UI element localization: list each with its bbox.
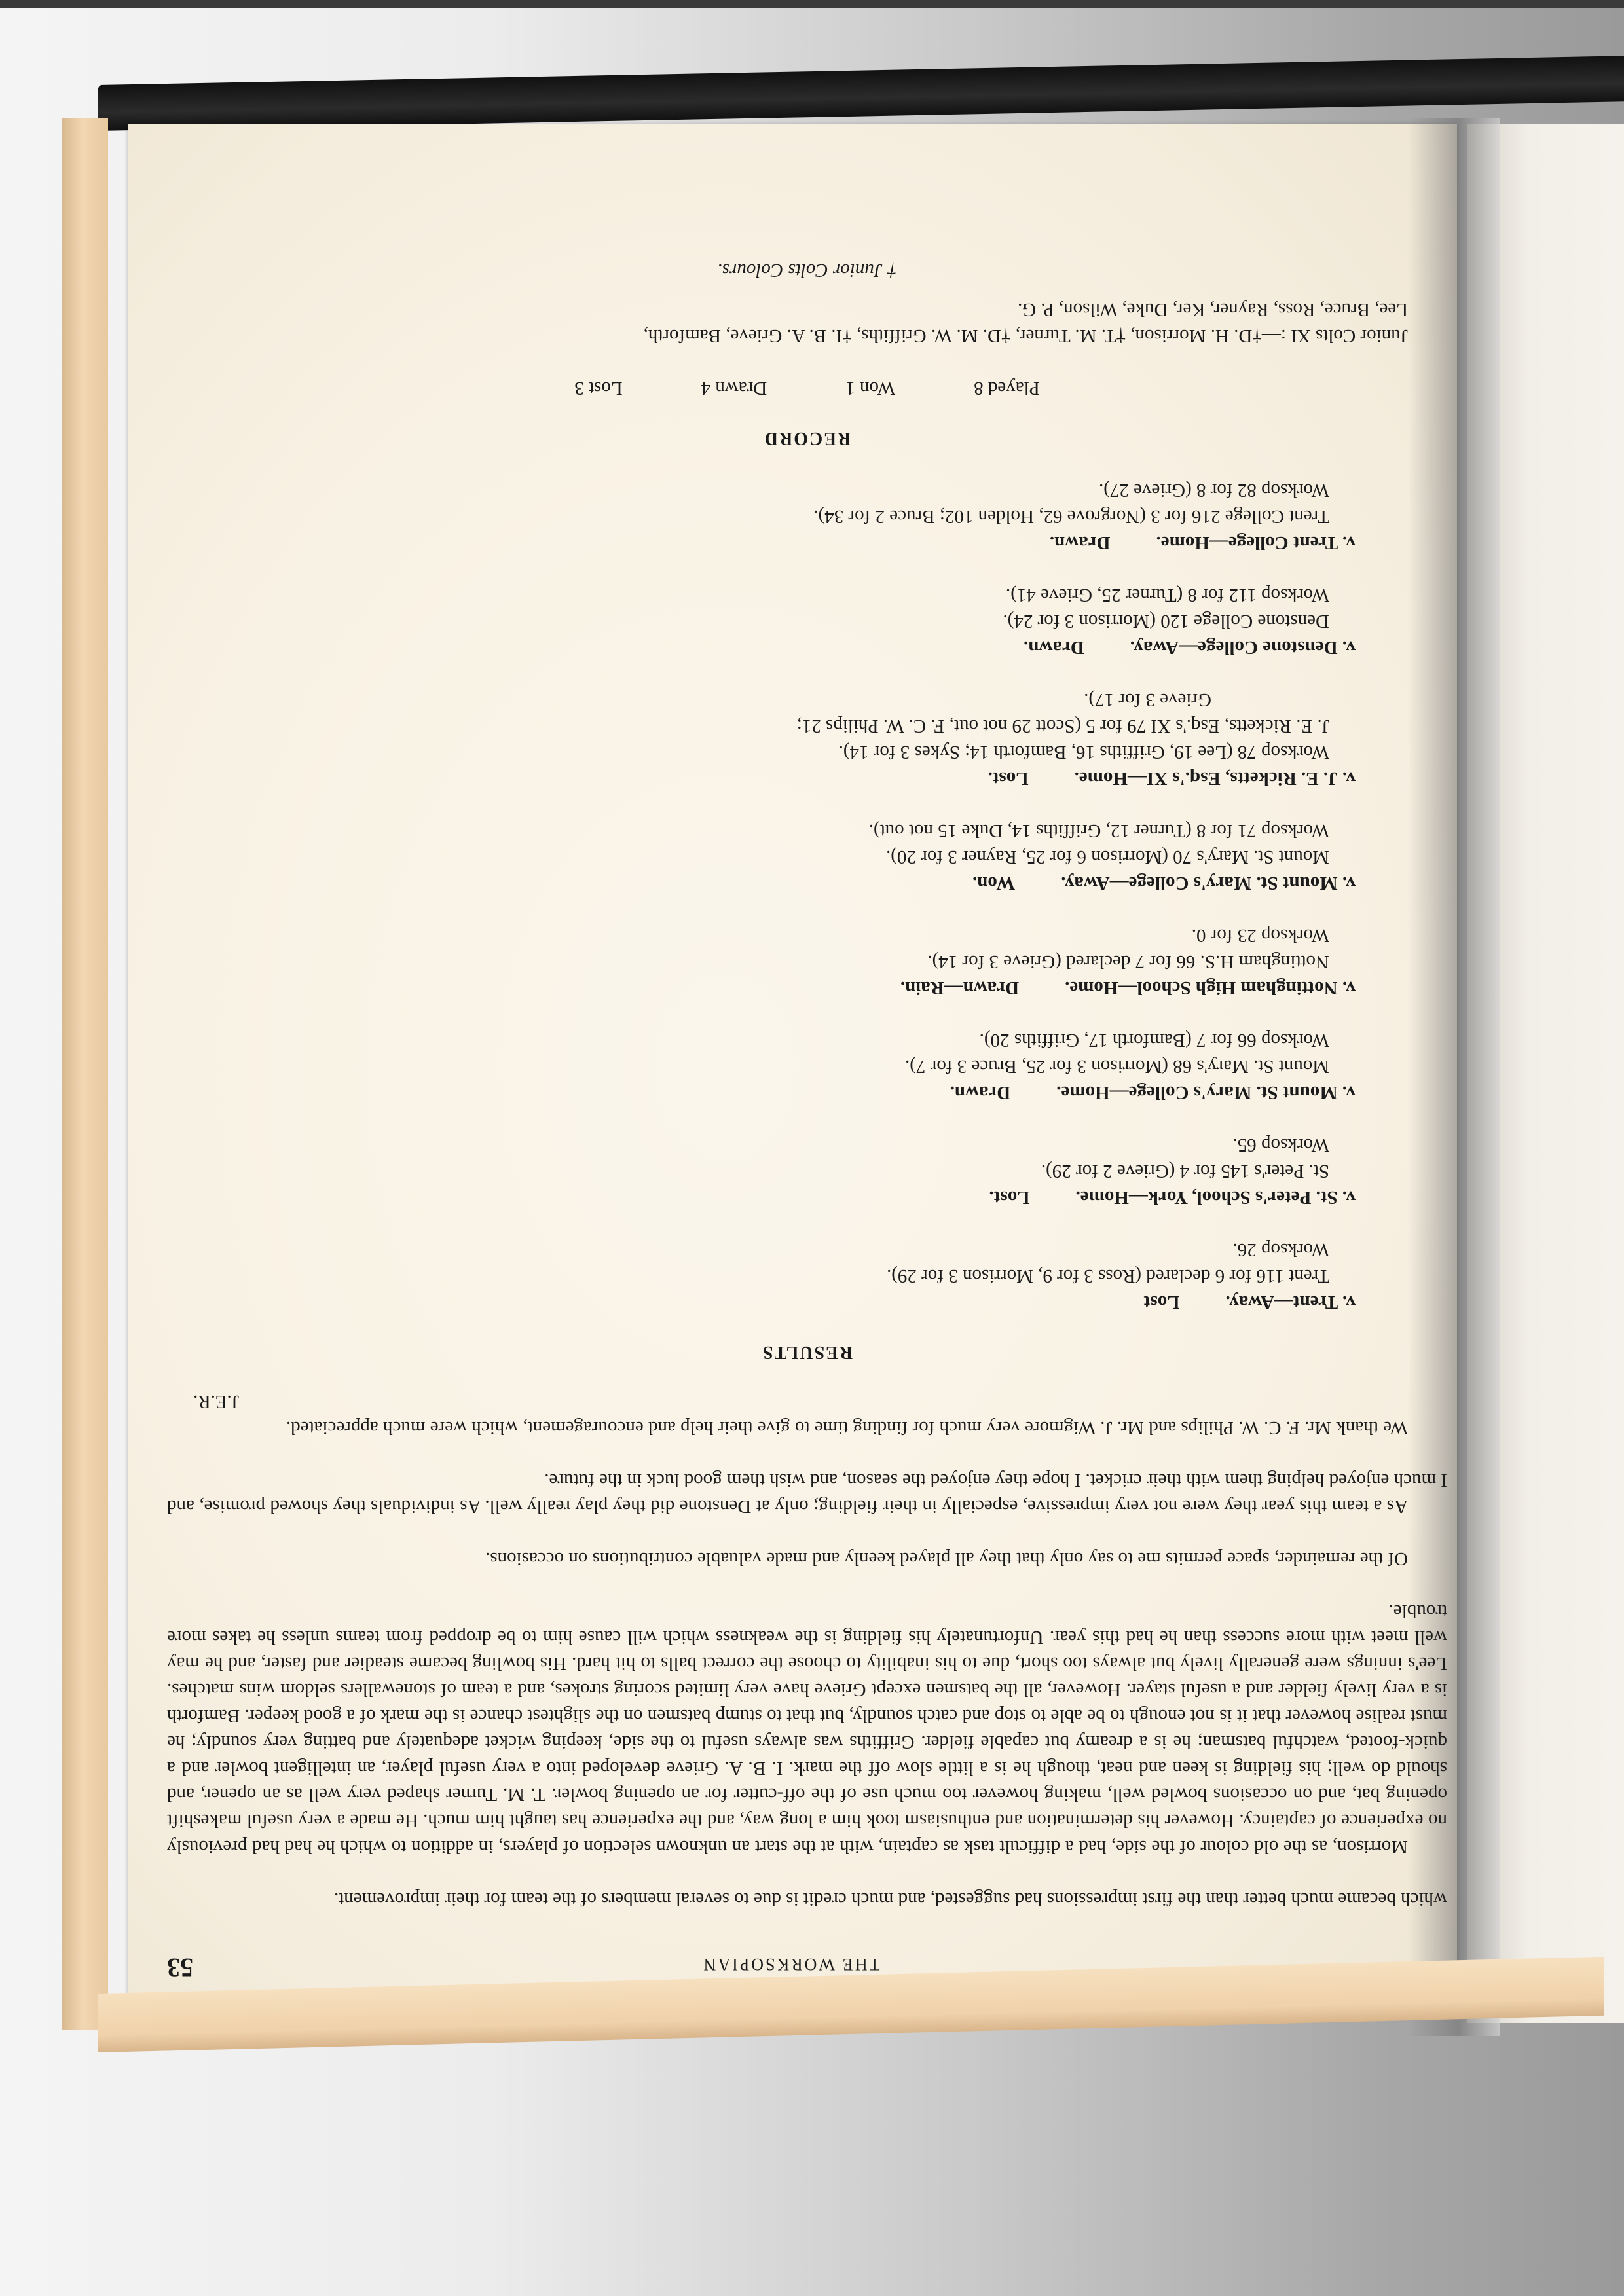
match-opponent: v. Nottingham High School—Home. [1065, 977, 1356, 998]
match-score: Denstone College 120 (Morrison 3 for 24)… [167, 608, 1356, 634]
match-score: Mount St. Mary's 70 (Morrison 6 for 25, … [167, 844, 1356, 870]
page-block-edge-left [62, 118, 108, 2030]
match-score: Nottingham H.S. 66 for 7 declared (Griev… [167, 949, 1356, 975]
match-score: Worksop 112 for 8 (Turner 25, Grieve 41)… [167, 582, 1356, 608]
match-entry: v. Nottingham High School—Home.Drawn—Rai… [167, 922, 1356, 1001]
match-score: Worksop 66 for 7 (Bamforth 17, Griffiths… [167, 1027, 1356, 1053]
match-score-continuation: Grieve 3 for 17). [167, 687, 1356, 713]
match-score: J. E. Ricketts, Esq.'s XI 79 for 5 (Scot… [167, 713, 1356, 739]
match-opponent: v. Trent—Away. [1226, 1292, 1356, 1313]
match-opponent: v. St. Peter's School, York—Home. [1076, 1187, 1356, 1208]
match-opponent: v. J. E. Ricketts, Esq.'s XI—Home. [1075, 768, 1356, 789]
running-head: THE WORKSOPIAN 53 [167, 1952, 1447, 1980]
match-score: Worksop 71 for 8 (Turner 12, Griffiths 1… [167, 818, 1356, 844]
report-paragraph: We thank Mr. F. C. W. Philips and Mr. J.… [167, 1415, 1447, 1441]
match-score: St. Peter's 145 for 4 (Grieve 2 for 29). [167, 1158, 1356, 1184]
report-paragraph: As a team this year they were not very i… [167, 1467, 1447, 1520]
match-opponent: v. Denstone College—Away. [1130, 637, 1356, 658]
team-line: Junior Colts XI :—†D. H. Morrison, †T. M… [167, 323, 1408, 349]
publication-title: THE WORKSOPIAN [193, 1951, 1447, 1977]
record-drawn: Drawn 4 [701, 375, 767, 401]
match-score: Trent 116 for 6 declared (Ross 3 for 9, … [167, 1263, 1356, 1289]
report-paragraph: which became much better than the first … [167, 1886, 1447, 1912]
match-entry: v. Trent—Away.Lost Trent 116 for 6 decla… [167, 1237, 1356, 1315]
match-result: Drawn. [1024, 637, 1084, 658]
scanner-edge [0, 0, 1624, 8]
signature: J.E.R. [167, 1389, 1447, 1415]
record-played: Played 8 [974, 375, 1040, 401]
page-number: 53 [167, 1954, 193, 1980]
match-score: Worksop 26. [167, 1237, 1356, 1263]
match-entry: v. Mount St. Mary's College—Home.Drawn. … [167, 1027, 1356, 1106]
record-lost: Lost 3 [574, 375, 622, 401]
match-score: Mount St. Mary's 68 (Morrison 3 for 25, … [167, 1053, 1356, 1080]
match-score: Worksop 78 (Lee 19, Griffiths 16, Bamfor… [167, 739, 1356, 765]
report-paragraph: Morrison, as the old colour of the side,… [167, 1598, 1447, 1860]
match-opponent: v. Mount St. Mary's College—Away. [1061, 873, 1356, 894]
match-opponent: v. Trent College—Home. [1156, 532, 1356, 553]
match-score: Worksop 65. [167, 1132, 1356, 1158]
team-line: Lee, Bruce, Ross, Rayner, Ker, Duke, Wil… [167, 297, 1408, 323]
report-paragraph: Of the remainder, space permits me to sa… [167, 1546, 1447, 1572]
page-content-rotated: THE WORKSOPIAN 53 which became much bett… [167, 363, 1447, 1980]
results-heading: RESULTS [167, 1339, 1447, 1365]
match-score: Worksop 23 for 0. [167, 922, 1356, 949]
match-entry: v. Trent College—Home.Drawn. Trent Colle… [167, 477, 1356, 556]
match-entry: v. J. E. Ricketts, Esq.'s XI—Home.Lost. … [167, 687, 1356, 792]
match-opponent: v. Mount St. Mary's College—Home. [1056, 1082, 1356, 1103]
match-score: Trent College 216 for 3 (Norgrove 62, Ho… [167, 503, 1356, 530]
season-record: Played 8 Won 1 Drawn 4 Lost 3 [167, 375, 1447, 401]
match-entry: v. Denstone College—Away.Drawn. Denstone… [167, 582, 1356, 661]
match-score: Worksop 82 for 8 (Grieve 27). [167, 477, 1356, 503]
record-heading: RECORD [167, 425, 1447, 451]
team-list: Junior Colts XI :—†D. H. Morrison, †T. M… [167, 297, 1447, 349]
match-result: Lost. [989, 1187, 1030, 1208]
match-result: Lost [1144, 1292, 1180, 1313]
match-entry: v. Mount St. Mary's College—Away.Won. Mo… [167, 818, 1356, 896]
record-won: Won 1 [845, 375, 895, 401]
match-result: Drawn. [1050, 532, 1111, 553]
match-result: Drawn—Rain. [900, 977, 1019, 998]
match-entry: v. St. Peter's School, York—Home.Lost. S… [167, 1132, 1356, 1211]
book-cover-edge [98, 56, 1624, 131]
match-result: Drawn. [950, 1082, 1011, 1103]
match-result: Won. [972, 873, 1015, 894]
colours-footnote: † Junior Colts Colours. [167, 257, 1447, 283]
match-result: Lost. [988, 768, 1029, 789]
